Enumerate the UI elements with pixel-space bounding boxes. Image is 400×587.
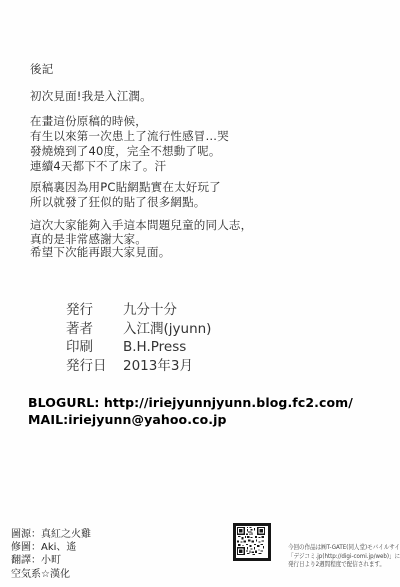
afterword-paragraph: 原稿裏因為用PC貼網點實在太好玩了 所以就發了狂似的貼了很多網點。 [30,180,221,210]
afterword-line: 連續4天都下不了床了。汗 [30,159,229,174]
afterword-line: 發燒燒到了40度，完全不想動了呢。 [30,144,229,159]
colophon-label: 発行日 [66,357,123,376]
colophon-value: 入江潤(jyunn) [123,320,211,339]
afterword-line: 所以就發了狂似的貼了很多網點。 [30,195,221,210]
afterword-paragraph: 在畫這份原稿的時候， 有生以來第一次患上了流行性感冒…哭 發燒燒到了40度，完全… [30,114,229,174]
scanlation-credits: 圖源：真紅之火雞 修圖：Aki、遙 翻譯：小町 空気系☆漢化 [11,528,91,581]
colophon-label: 著者 [66,320,123,339]
afterword-line: 希望下次能再跟大家見面。 [30,246,252,260]
colophon-label: 印刷 [66,338,123,357]
colophon-value: 2013年3月 [123,357,193,376]
afterword-line: 原稿裏因為用PC貼網點實在太好玩了 [30,180,221,195]
blog-url-text: BLOGURL: http://iriejyunnjyunn.blog.fc2.… [28,395,353,412]
colophon-row: 印刷 B.H.Press [66,338,211,357]
afterword-heading: 後記 [30,62,53,77]
qr-code-icon [233,523,271,561]
colophon-label: 発行 [66,301,123,320]
colophon-value: B.H.Press [123,338,186,357]
colophon: 発行 九分十分 著者 入江潤(jyunn) 印刷 B.H.Press 発行日 2… [66,301,211,375]
afterword-intro: 初次見面!我是入江潤。 [30,89,152,104]
credit-line-group: 空気系☆漢化 [11,568,91,581]
colophon-row: 発行日 2013年3月 [66,357,211,376]
colophon-row: 著者 入江潤(jyunn) [66,320,211,339]
afterword-line: 在畫這份原稿的時候， [30,114,229,129]
colophon-value: 九分十分 [123,301,177,320]
afterword-line: 這次大家能夠入手這本問題兒童的同人志， [30,219,252,233]
credit-line-translation: 翻譯：小町 [11,554,91,567]
credit-line-source: 圖源：真紅之火雞 [11,528,91,541]
distribution-line: 今回の作品は㈱T-GATE(同人堂)モバイルサイト [288,543,400,552]
distribution-notice: 今回の作品は㈱T-GATE(同人堂)モバイルサイト 「デジコミ.jp(http:… [288,543,400,569]
colophon-row: 発行 九分十分 [66,301,211,320]
afterword-paragraph: 這次大家能夠入手這本問題兒童的同人志， 真的是非常感謝大家。 希望下次能再跟大家… [30,219,252,260]
scanned-afterword-page: 後記 初次見面!我是入江潤。 在畫這份原稿的時候， 有生以來第一次患上了流行性感… [0,0,400,587]
afterword-line: 真的是非常感謝大家。 [30,233,252,247]
credit-line-cleaning: 修圖：Aki、遙 [11,541,91,554]
contact-block: BLOGURL: http://iriejyunnjyunn.blog.fc2.… [28,395,353,428]
distribution-line: 発行日より2週間程度で配信されます。 [288,560,400,569]
distribution-line: 「デジコミ.jp(http://digi-comi.jp/web)」にて [288,552,400,561]
afterword-line: 有生以來第一次患上了流行性感冒…哭 [30,129,229,144]
mail-address-text: MAIL:iriejyunn@yahoo.co.jp [28,412,353,429]
